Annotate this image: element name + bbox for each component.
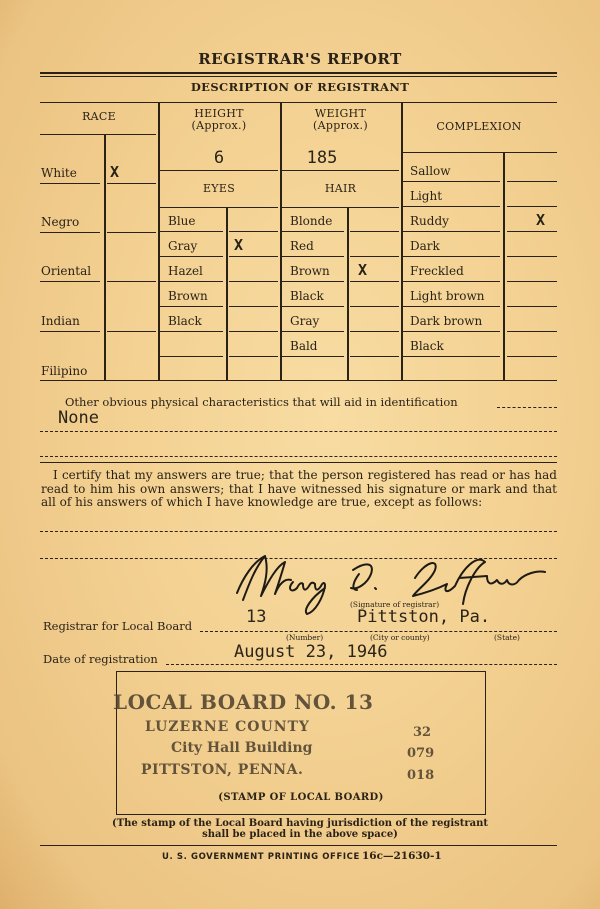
eyes-label-hazel: Hazel bbox=[168, 264, 203, 278]
eyes-label-black: Black bbox=[168, 314, 202, 328]
race-header: RACE bbox=[40, 111, 158, 123]
footer-rule bbox=[40, 845, 557, 846]
stamp-code-3: 018 bbox=[407, 768, 434, 783]
row-rule bbox=[350, 231, 399, 232]
registration-date: August 23, 1946 bbox=[234, 642, 388, 662]
complexion-label-sallow: Sallow bbox=[410, 164, 451, 178]
stamp-code-2: 079 bbox=[407, 746, 434, 761]
number-caption: (Number) bbox=[286, 633, 323, 642]
col-divider bbox=[401, 103, 403, 380]
row-rule bbox=[403, 356, 500, 357]
stamp-caption: (STAMP OF LOCAL BOARD) bbox=[117, 792, 485, 803]
col-divider bbox=[158, 103, 160, 380]
hair-label-black: Black bbox=[290, 289, 324, 303]
characteristics-value: None bbox=[58, 408, 99, 428]
row-rule bbox=[40, 281, 100, 282]
weight-header-sub: (Approx.) bbox=[280, 120, 401, 132]
hair-label-red: Red bbox=[290, 239, 314, 253]
race-label-indian: Indian bbox=[41, 314, 80, 328]
complexion-header-rule bbox=[403, 152, 557, 153]
row-rule bbox=[507, 331, 557, 332]
complexion-header: COMPLEXION bbox=[401, 121, 557, 133]
table-top-rule bbox=[40, 102, 557, 103]
date-line bbox=[166, 664, 557, 665]
row-rule bbox=[507, 256, 557, 257]
row-rule bbox=[40, 232, 100, 233]
row-rule bbox=[229, 281, 278, 282]
row-rule bbox=[160, 256, 223, 257]
stamp-code-1: 32 bbox=[413, 725, 431, 740]
stamp-instructions-line-2: shall be placed in the above space) bbox=[100, 829, 500, 840]
state-caption: (State) bbox=[494, 633, 520, 642]
city-caption: (City or county) bbox=[370, 633, 430, 642]
height-header-sub: (Approx.) bbox=[158, 120, 280, 132]
table-bottom-rule bbox=[40, 380, 557, 381]
race-mark-white: X bbox=[110, 163, 119, 181]
row-rule bbox=[229, 356, 278, 357]
row-rule bbox=[403, 256, 500, 257]
hair-label-gray: Gray bbox=[290, 314, 319, 328]
race-mark-divider bbox=[104, 135, 106, 380]
race-label-negro: Negro bbox=[41, 215, 79, 229]
row-rule bbox=[107, 232, 156, 233]
local-board-number: 13 bbox=[246, 607, 266, 627]
hair-header: HAIR bbox=[280, 183, 401, 195]
stamp-line-county: LUZERNE COUNTY bbox=[145, 719, 310, 735]
hair-mark-brown: X bbox=[358, 261, 367, 279]
row-rule bbox=[282, 331, 344, 332]
complexion-label-dark-brown: Dark brown bbox=[410, 314, 482, 328]
stamp-instructions: (The stamp of the Local Board having jur… bbox=[100, 818, 500, 840]
row-rule bbox=[350, 256, 399, 257]
row-rule bbox=[40, 331, 100, 332]
col-divider bbox=[280, 103, 282, 380]
hair-label-blonde: Blonde bbox=[290, 214, 332, 228]
row-rule bbox=[229, 256, 278, 257]
title-rule-top bbox=[40, 72, 557, 74]
complexion-label-freckled: Freckled bbox=[410, 264, 464, 278]
row-rule bbox=[507, 206, 557, 207]
eyes-header-rule bbox=[160, 207, 278, 208]
row-rule bbox=[160, 356, 223, 357]
row-rule bbox=[229, 231, 278, 232]
exceptions-line bbox=[40, 531, 557, 532]
registrars-report-card: REGISTRAR'S REPORT DESCRIPTION OF REGIST… bbox=[0, 0, 600, 909]
hair-label-bald: Bald bbox=[290, 339, 318, 353]
hair-label-brown: Brown bbox=[290, 264, 330, 278]
local-board-stamp-box: LOCAL BOARD NO. 13 LUZERNE COUNTY City H… bbox=[116, 671, 486, 815]
hair-header-rule bbox=[282, 207, 399, 208]
row-rule bbox=[160, 231, 223, 232]
hair-mark-divider bbox=[347, 208, 349, 380]
page-title: REGISTRAR'S REPORT bbox=[0, 50, 600, 68]
row-rule bbox=[282, 306, 344, 307]
eyes-label-brown: Brown bbox=[168, 289, 208, 303]
row-rule bbox=[507, 181, 557, 182]
row-rule bbox=[107, 331, 156, 332]
row-rule bbox=[160, 331, 223, 332]
title-rule-bottom bbox=[40, 76, 557, 77]
characteristics-line bbox=[40, 456, 557, 457]
row-rule bbox=[403, 231, 500, 232]
eyes-mark-divider bbox=[226, 208, 228, 380]
row-rule bbox=[403, 181, 500, 182]
row-rule bbox=[350, 306, 399, 307]
row-rule bbox=[507, 231, 557, 232]
certification-text: I certify that my answers are true; that… bbox=[41, 469, 557, 510]
characteristics-dash bbox=[497, 407, 557, 408]
weight-header: WEIGHT (Approx.) bbox=[280, 108, 401, 132]
eyes-mark-gray: X bbox=[234, 236, 243, 254]
row-rule bbox=[229, 331, 278, 332]
complexion-mark-divider bbox=[503, 153, 505, 380]
registrar-line bbox=[200, 631, 557, 632]
race-header-rule bbox=[40, 134, 156, 135]
eyes-label-blue: Blue bbox=[168, 214, 196, 228]
height-value-rule bbox=[160, 170, 278, 171]
printer-imprint: U. S. GOVERNMENT PRINTING OFFICE bbox=[162, 852, 360, 862]
eyes-header: EYES bbox=[158, 183, 280, 195]
section-subtitle: DESCRIPTION OF REGISTRANT bbox=[0, 80, 600, 94]
registrar-city: Pittston, Pa. bbox=[357, 607, 490, 627]
characteristics-line bbox=[40, 431, 557, 432]
characteristics-label: Other obvious physical characteristics t… bbox=[65, 395, 458, 409]
stamp-line-building: City Hall Building bbox=[171, 740, 312, 756]
row-rule bbox=[350, 356, 399, 357]
stamp-line-board: LOCAL BOARD NO. 13 bbox=[113, 690, 373, 714]
race-label-white: White bbox=[41, 166, 77, 180]
row-rule bbox=[229, 306, 278, 307]
row-rule bbox=[107, 183, 156, 184]
row-rule bbox=[282, 256, 344, 257]
date-label: Date of registration bbox=[43, 652, 158, 666]
row-rule bbox=[403, 331, 500, 332]
row-rule bbox=[160, 281, 223, 282]
race-label-oriental: Oriental bbox=[41, 264, 91, 278]
weight-value: 185 bbox=[282, 148, 362, 168]
race-label-filipino: Filipino bbox=[41, 364, 87, 378]
row-rule bbox=[40, 183, 100, 184]
stamp-line-city: PITTSTON, PENNA. bbox=[141, 762, 303, 778]
row-rule bbox=[403, 281, 500, 282]
row-rule bbox=[350, 331, 399, 332]
complexion-label-dark: Dark bbox=[410, 239, 440, 253]
height-header: HEIGHT (Approx.) bbox=[158, 108, 280, 132]
row-rule bbox=[507, 281, 557, 282]
complexion-mark-ruddy: X bbox=[536, 211, 545, 229]
complexion-label-black: Black bbox=[410, 339, 444, 353]
form-number: 16c—21630-1 bbox=[362, 850, 442, 862]
row-rule bbox=[507, 306, 557, 307]
row-rule bbox=[107, 281, 156, 282]
complexion-label-light: Light bbox=[410, 189, 442, 203]
section-rule bbox=[40, 462, 557, 463]
complexion-label-ruddy: Ruddy bbox=[410, 214, 449, 228]
row-rule bbox=[282, 356, 344, 357]
row-rule bbox=[350, 281, 399, 282]
row-rule bbox=[403, 306, 500, 307]
stamp-instructions-line-1: (The stamp of the Local Board having jur… bbox=[100, 818, 500, 829]
row-rule bbox=[282, 231, 344, 232]
complexion-label-light-brown: Light brown bbox=[410, 289, 485, 303]
eyes-label-gray: Gray bbox=[168, 239, 197, 253]
row-rule bbox=[282, 281, 344, 282]
row-rule bbox=[403, 206, 500, 207]
row-rule bbox=[507, 356, 557, 357]
height-value: 6 bbox=[158, 148, 280, 168]
row-rule bbox=[160, 306, 223, 307]
weight-value-rule bbox=[282, 170, 399, 171]
registrar-label: Registrar for Local Board bbox=[43, 619, 192, 633]
